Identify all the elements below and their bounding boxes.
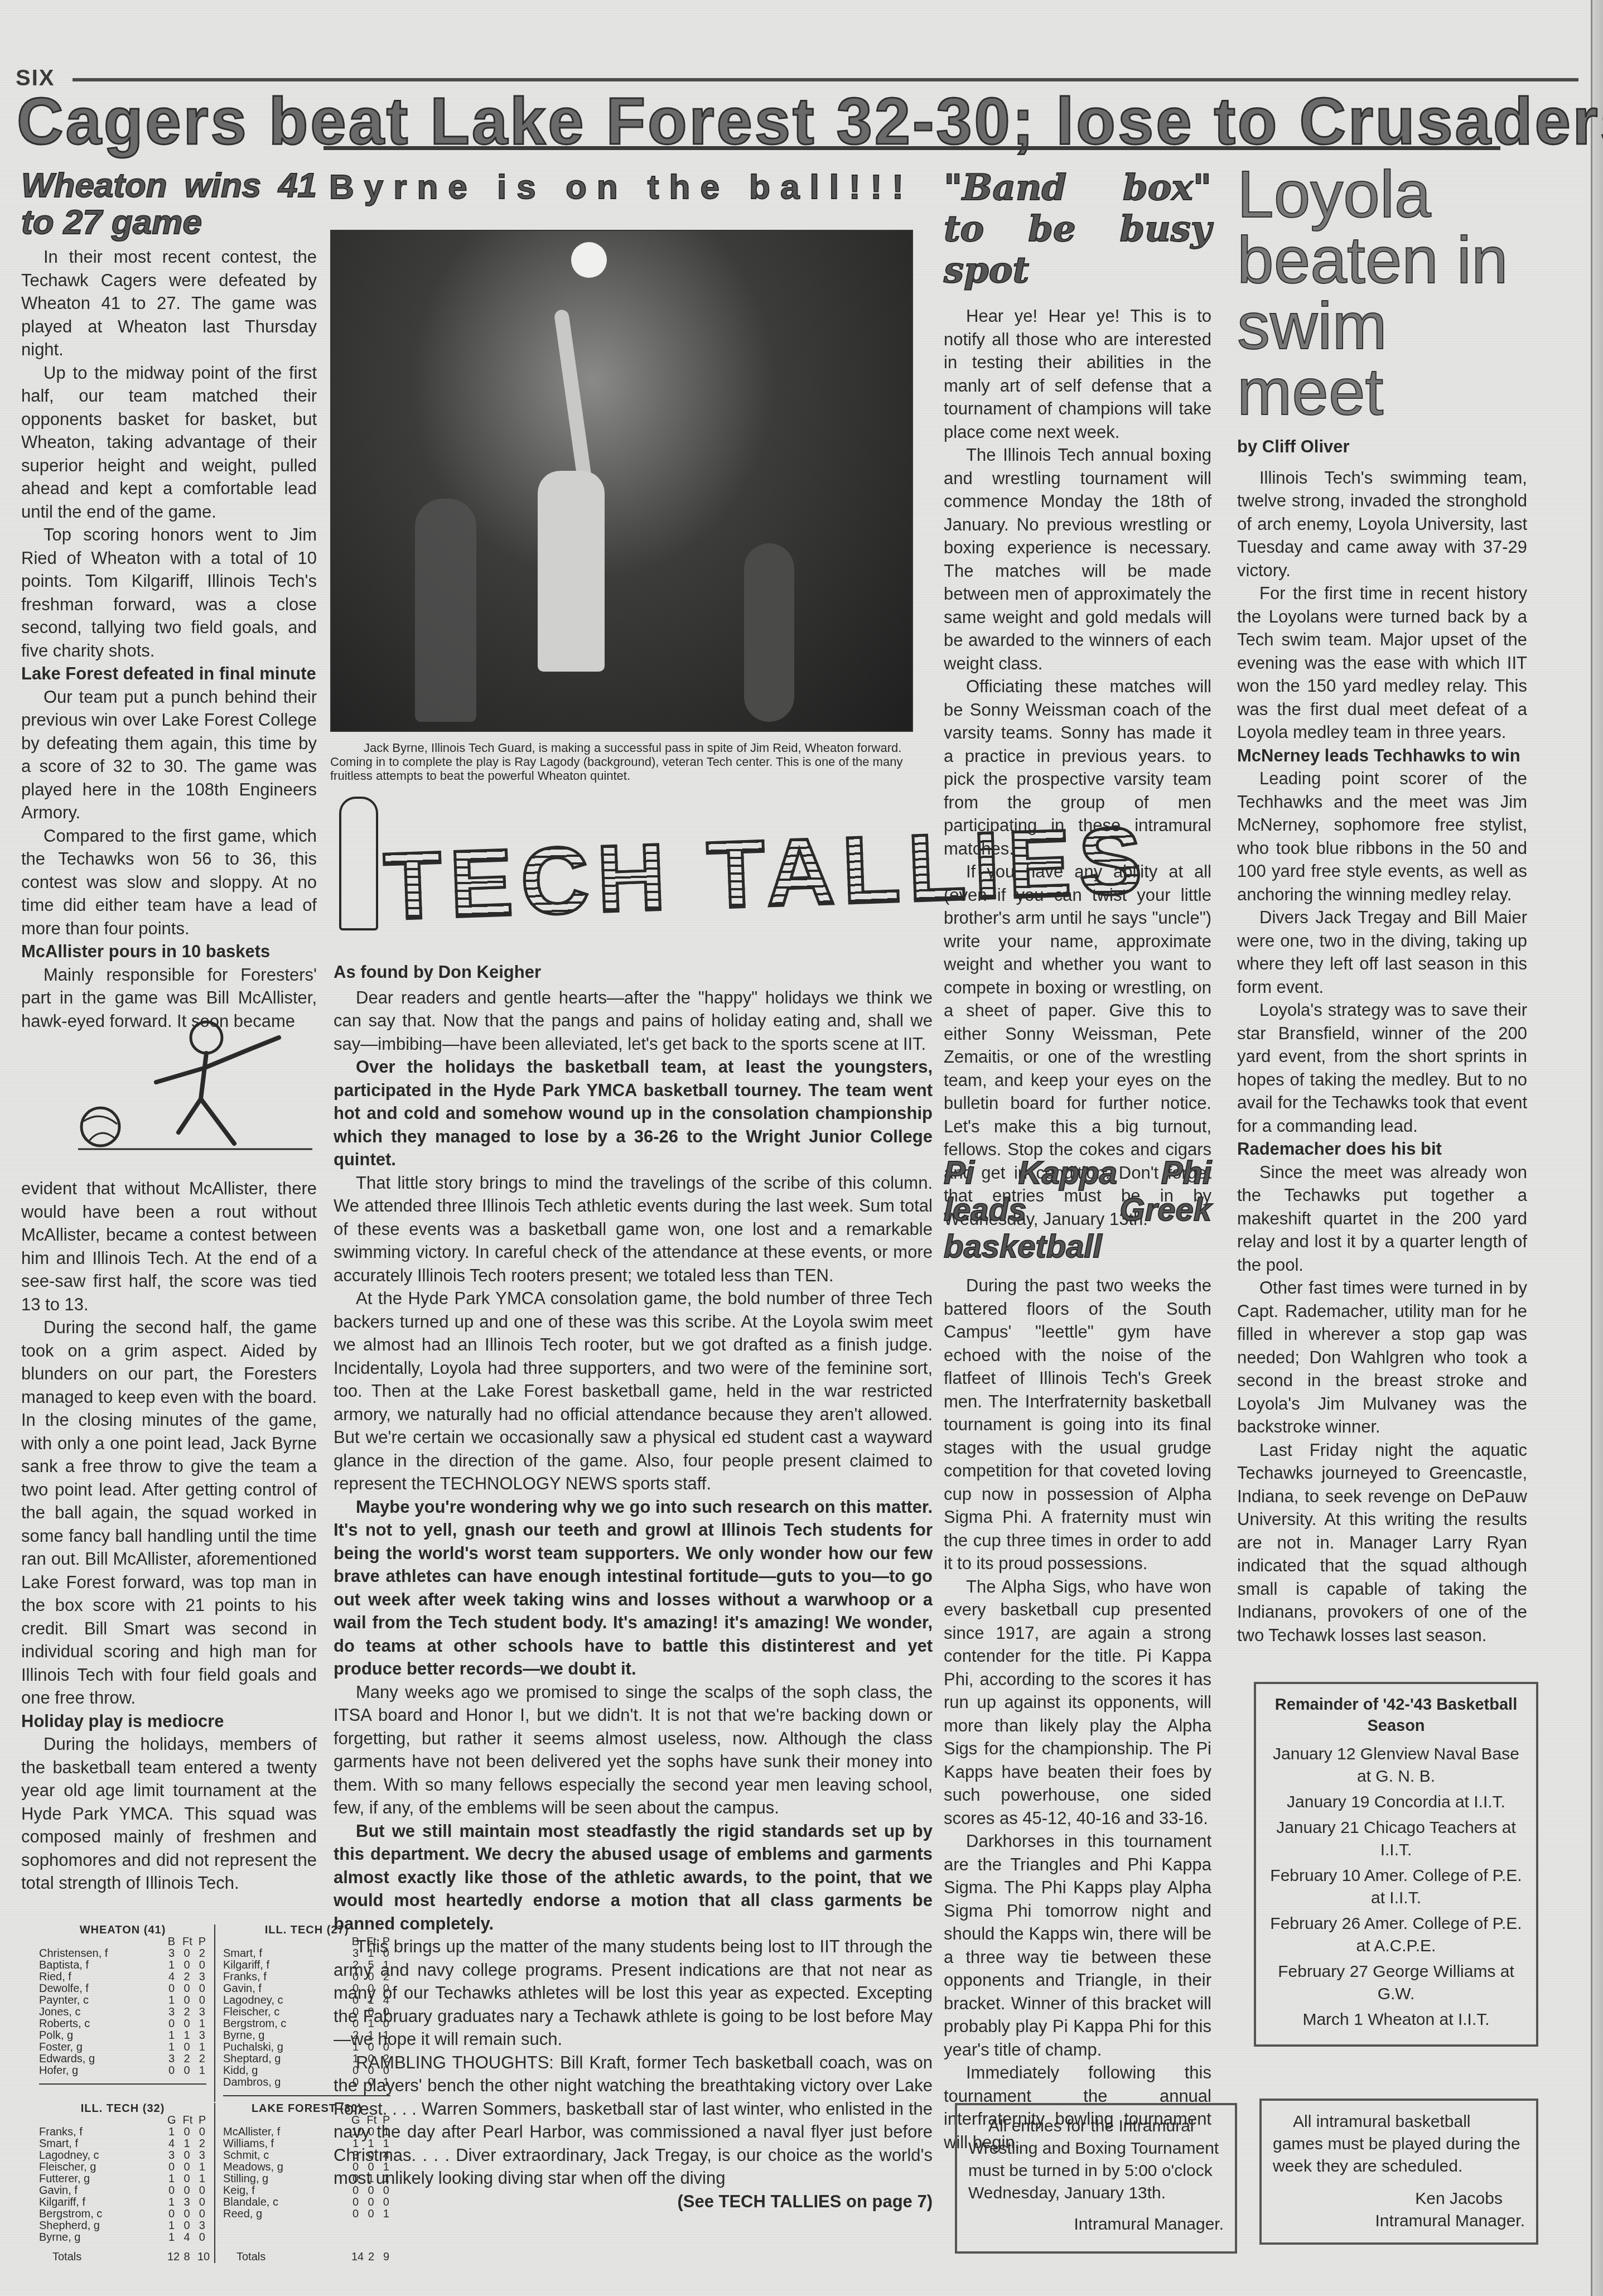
stat-value: 1 (167, 2173, 176, 2185)
player-row: Kilgariff, f130 (39, 2197, 206, 2208)
paragraph: Darkhorses in this tournament are the Tr… (944, 1830, 1211, 2061)
paragraph: Illinois Tech's swimming team, twelve st… (1237, 466, 1527, 582)
stat-value: 1 (167, 2030, 176, 2042)
paragraph: RAMBLING THOUGHTS: Bill Kraft, former Te… (334, 2051, 933, 2190)
notice-signature: Intramural Manager. (968, 2213, 1224, 2236)
player-name: Smart, f (39, 2138, 78, 2150)
player-row: Futterer, g101 (39, 2173, 206, 2185)
paragraph: The Alpha Sigs, who have won every baske… (944, 1575, 1211, 1830)
player-name: Fleischer, c (223, 2006, 279, 2018)
basketball-photo (330, 230, 913, 732)
cartoon-figure-icon (339, 797, 378, 930)
schedule-list: January 12 Glenview Naval Base at G. N. … (1267, 1743, 1525, 2031)
notice-signature-title: Intramural Manager. (1273, 2210, 1525, 2232)
basketball-player-cartoon (67, 1015, 324, 1160)
stat-value: 0 (182, 2018, 191, 2030)
team-title: ILL. TECH (32) (39, 2103, 206, 2115)
player-name: Williams, f (223, 2138, 274, 2150)
player-name: Futterer, g (39, 2173, 90, 2185)
player-name: Franks, f (223, 1971, 267, 1983)
notice-games-box: All intramural basketball games must be … (1259, 2099, 1538, 2245)
player-name: Polk, g (39, 2030, 73, 2042)
photo-caption: Jack Byrne, Illinois Tech Guard, is maki… (330, 741, 913, 783)
player-name: Blandale, c (223, 2197, 278, 2208)
paragraph: Up to the midway point of the first half… (21, 361, 317, 524)
stat-value: 0 (182, 2220, 191, 2232)
paragraph: Dear readers and gentle hearts—after the… (334, 986, 933, 1056)
stat-value: 4 (182, 2232, 191, 2244)
stat-value: 1 (182, 2030, 191, 2042)
stat-value: 0 (182, 2208, 191, 2220)
stat-value: 0 (167, 2162, 176, 2173)
stat-value: 1 (167, 2042, 176, 2053)
stat-value: 0 (167, 2018, 176, 2030)
paragraph: Over the holidays the basketball team, a… (334, 1055, 933, 1171)
player-name: Keig, f (223, 2185, 255, 2197)
pi-kappa-story: Pi Kappa Phi leads Greek basketball Duri… (944, 1155, 1211, 2154)
byline: As found by Don Keigher (334, 961, 933, 984)
paragraph: For the first time in recent history the… (1237, 582, 1527, 744)
player-row: Roberts, c001 (39, 2018, 206, 2030)
player-name: Dewolfe, f (39, 1983, 89, 1995)
stat-value: 4 (167, 2138, 176, 2150)
player-name: Gavin, f (39, 2185, 78, 2197)
stat-value: 3 (198, 2220, 206, 2232)
folio-rule (73, 78, 1578, 81)
stat-value: 0 (198, 2208, 206, 2220)
stat-value: 3 (167, 2150, 176, 2162)
player-row: Smart, f412 (39, 2138, 206, 2150)
player-name: Meadows, g (223, 2162, 283, 2173)
player-name: Byrne, g (223, 2030, 264, 2042)
paragraph: evident that without McAllister, there w… (21, 1177, 317, 1316)
player-row: Franks, f100 (39, 2126, 206, 2138)
box-score-team: ILL. TECH (32) GFtP Franks, f100Smart, f… (39, 2103, 206, 2263)
stat-value: 0 (182, 2185, 191, 2197)
totals-row: Totals1429 (223, 2251, 390, 2263)
stat-value: 0 (198, 1960, 206, 1971)
player-name: Baptista, f (39, 1960, 89, 1971)
schedule-item: January 12 Glenview Naval Base at G. N. … (1267, 1743, 1525, 1788)
stat-value: 3 (182, 2197, 191, 2208)
player-name: Reed, g (223, 2208, 262, 2220)
player-rows: Christensen, f302Baptista, f100Ried, f42… (39, 1948, 206, 2085)
player-name: Lagodney, c (223, 1995, 283, 2006)
player-name: Bergstrom, c (223, 2018, 286, 2030)
player-row: Lagodney, c303 (39, 2150, 206, 2162)
stat-value: 4 (167, 1971, 176, 1983)
stat-value: 0 (182, 1960, 191, 1971)
wheaton-story: Wheaton wins 41 to 27 game In their most… (21, 167, 317, 1033)
stat-value: 2 (182, 2006, 191, 2018)
band-box-headline: "Band box" to be busy spot (944, 167, 1211, 291)
player-row: Byrne, g140 (39, 2232, 206, 2244)
player-row: Jones, c323 (39, 2006, 206, 2018)
paragraph: Compared to the first game, which the Te… (21, 824, 317, 940)
player-name: Schmit, c (223, 2150, 269, 2162)
stat-value: 1 (198, 2065, 206, 2077)
player-name: Stilling, g (223, 2173, 268, 2185)
stat-value: 0 (167, 2208, 176, 2220)
stat-value: 2 (198, 2053, 206, 2065)
paragraph: Since the meet was already won the Techa… (1237, 1161, 1527, 1277)
tech-tallies-column: As found by Don Keigher Dear readers and… (334, 961, 933, 2213)
paragraph: Our team put a punch behind their previo… (21, 686, 317, 824)
wheaton-headline: Wheaton wins 41 to 27 game (21, 167, 317, 241)
player-name: Edwards, g (39, 2053, 95, 2065)
schedule-item: January 19 Concordia at I.I.T. (1267, 1791, 1525, 1813)
player-row: Fleischer, g001 (39, 2162, 206, 2173)
stat-value: 1 (167, 2220, 176, 2232)
schedule-title: Remainder of '42-'43 Basketball Season (1267, 1694, 1525, 1737)
player-name: Foster, g (39, 2042, 83, 2053)
paragraph: Loyola's strategy was to save their star… (1237, 999, 1527, 1137)
player-name: Roberts, c (39, 2018, 90, 2030)
player-row: Paynter, c100 (39, 1995, 206, 2006)
loyola-headline: Loyola beaten in swim meet (1237, 162, 1527, 425)
notice-entries-box: All entries for the Intramural Wrestling… (955, 2103, 1237, 2254)
stat-value: 2 (182, 1971, 191, 1983)
player-name: Lagodney, c (39, 2150, 99, 2162)
player-name: Christensen, f (39, 1948, 108, 1960)
notice-signature-name: Ken Jacobs (1273, 2188, 1525, 2210)
player-name: Kidd, g (223, 2065, 258, 2077)
stat-value: 3 (198, 2030, 206, 2042)
continued-link[interactable]: (See TECH TALLIES on page 7) (334, 2190, 933, 2213)
player-name: Paynter, c (39, 1995, 89, 2006)
paragraph: During the holidays, members of the bask… (21, 1733, 317, 1895)
player-name: Dambros, g (223, 2077, 281, 2088)
paragraph: This brings up the matter of the many st… (334, 1935, 933, 2051)
byline: by Cliff Oliver (1237, 435, 1527, 459)
player-name: Kilgariff, f (223, 1960, 269, 1971)
paragraph: But we still maintain most steadfastly t… (334, 1820, 933, 1936)
stat-value: 1 (167, 1995, 176, 2006)
player-row: Polk, g113 (39, 2030, 206, 2042)
subhead: McAllister pours in 10 baskets (21, 940, 317, 963)
stat-value: 2 (182, 2053, 191, 2065)
stat-value: 3 (198, 1971, 206, 1983)
paragraph: At the Hyde Park YMCA consolation game, … (334, 1287, 933, 1496)
stat-value: 1 (167, 2232, 176, 2244)
schedule-item: March 1 Wheaton at I.I.T. (1267, 2009, 1525, 2031)
stat-value: 0 (198, 1983, 206, 1995)
stat-value: 2 (198, 2138, 206, 2150)
banner-rule (324, 146, 1500, 150)
paragraph: Many weeks ago we promised to singe the … (334, 1681, 933, 1820)
totals-row: Totals12810 (39, 2251, 206, 2263)
paragraph: Leading point scorer of the Techhawks an… (1237, 767, 1527, 906)
subhead: Holiday play is mediocre (21, 1710, 317, 1733)
stat-value: 0 (198, 2232, 206, 2244)
player-name: Smart, f (223, 1948, 262, 1960)
player-row: Hofer, g001 (39, 2065, 206, 2077)
player-name: Sheptard, g (223, 2053, 281, 2065)
player-rows: Franks, f100Smart, f412Lagodney, c303Fle… (39, 2126, 206, 2244)
paragraph: Hear ye! Hear ye! This is to notify all … (944, 305, 1211, 443)
stat-value: 0 (182, 2126, 191, 2138)
player-row: Foster, g101 (39, 2042, 206, 2053)
player-name: Kilgariff, f (39, 2197, 85, 2208)
paragraph: Last Friday night the aquatic Techawks j… (1237, 1439, 1527, 1647)
stat-value: 1 (198, 2162, 206, 2173)
stat-value: 0 (182, 1995, 191, 2006)
stat-value: 3 (167, 2053, 176, 2065)
stat-value: 3 (198, 2006, 206, 2018)
player-row: Gavin, f000 (39, 2185, 206, 2197)
tech-tallies-paragraphs: Dear readers and gentle hearts—after the… (334, 986, 933, 2190)
schedule-box: Remainder of '42-'43 Basketball Season J… (1254, 1682, 1538, 2047)
stat-value: 3 (167, 2006, 176, 2018)
subhead: McNerney leads Techhawks to win (1237, 744, 1527, 768)
player-name: Ried, f (39, 1971, 71, 1983)
loyola-story: Loyola beaten in swim meet by Cliff Oliv… (1237, 162, 1527, 1647)
player-row: Edwards, g322 (39, 2053, 206, 2065)
stat-value: 0 (167, 2065, 176, 2077)
subhead: Rademacher does his bit (1237, 1137, 1527, 1161)
player-row: Dewolfe, f000 (39, 1983, 206, 1995)
box-score-team: WHEATON (41) BFtP Christensen, f302Bapti… (39, 1924, 206, 2102)
schedule-item: February 26 Amer. College of P.E. at A.C… (1267, 1913, 1525, 1957)
stat-value: 0 (182, 2065, 191, 2077)
player-name: Fleischer, g (39, 2162, 96, 2173)
newspaper-page: SIX Cagers beat Lake Forest 32-30; lose … (0, 0, 1603, 2296)
stat-value: 0 (182, 2042, 191, 2053)
stat-value: 1 (167, 2126, 176, 2138)
player-row: Christensen, f302 (39, 1948, 206, 1960)
player-row: Shepherd, g103 (39, 2220, 206, 2232)
basketball-icon (571, 242, 607, 278)
player-row: Ried, f423 (39, 1971, 206, 1983)
stat-value: 1 (198, 2042, 206, 2053)
paragraph: Divers Jack Tregay and Bill Maier were o… (1237, 906, 1527, 999)
paragraph: In their most recent contest, the Techaw… (21, 245, 317, 361)
schedule-item: February 10 Amer. College of P.E. at I.I… (1267, 1865, 1525, 1909)
stat-value: 0 (167, 1983, 176, 1995)
stat-value: 0 (182, 2150, 191, 2162)
team-title: WHEATON (41) (39, 1924, 206, 1936)
paragraph: The Illinois Tech annual boxing and wres… (944, 443, 1211, 675)
notice-text: All intramural basketball games must be … (1273, 2111, 1525, 2178)
paragraph: That little story brings to mind the tra… (334, 1171, 933, 1287)
pi-kappa-headline: Pi Kappa Phi leads Greek basketball (944, 1155, 1211, 1265)
player-row: Bergstrom, c000 (39, 2208, 206, 2220)
stat-value: 1 (167, 1960, 176, 1971)
paragraph: Officiating these matches will be Sonny … (944, 675, 1211, 860)
schedule-item: January 21 Chicago Teachers at I.I.T. (1267, 1817, 1525, 1861)
stat-value: 2 (198, 1948, 206, 1960)
schedule-item: February 27 George Williams at G.W. (1267, 1961, 1525, 2005)
photo-headline: Byrne is on the ball!!! (329, 167, 914, 207)
stat-value: 0 (198, 2197, 206, 2208)
stat-value: 1 (198, 2173, 206, 2185)
player-name: Puchalski, g (223, 2042, 283, 2053)
player-name: Byrne, g (39, 2232, 80, 2244)
stat-value: 3 (198, 2150, 206, 2162)
player-name: Bergstrom, c (39, 2208, 102, 2220)
stat-value: 1 (182, 2138, 191, 2150)
page-edge (1591, 0, 1603, 2296)
player-name: Hofer, g (39, 2065, 78, 2077)
player-name: Franks, f (39, 2126, 83, 2138)
stat-value: 1 (167, 2197, 176, 2208)
tech-tallies-logo: TECH TALLIES (334, 785, 936, 953)
paragraph: Maybe you're wondering why we go into su… (334, 1496, 933, 1681)
stat-value: 1 (198, 2018, 206, 2030)
stat-value: 0 (182, 1983, 191, 1995)
stat-value: 0 (167, 2185, 176, 2197)
paragraph: During the past two weeks the battered f… (944, 1274, 1211, 1575)
player-name: Shepherd, g (39, 2220, 100, 2232)
stat-value: 0 (182, 2162, 191, 2173)
stat-value: 0 (198, 2185, 206, 2197)
paragraph: Other fast times were turned in by Capt.… (1237, 1276, 1527, 1439)
player-row: Baptista, f100 (39, 1960, 206, 1971)
subhead: Lake Forest defeated in final minute (21, 662, 317, 686)
player-name: McAllister, f (223, 2126, 280, 2138)
paragraph: During the second half, the game took on… (21, 1316, 317, 1710)
notice-text: All entries for the Intramural Wrestling… (968, 2115, 1224, 2205)
stat-value: 0 (182, 2173, 191, 2185)
stat-value: 3 (167, 1948, 176, 1960)
player-name: Jones, c (39, 2006, 80, 2018)
paragraph: Top scoring honors went to Jim Ried of W… (21, 523, 317, 662)
player-name: Gavin, f (223, 1983, 262, 1995)
band-box-story: "Band box" to be busy spot Hear ye! Hear… (944, 167, 1211, 1231)
stat-value: 0 (198, 2126, 206, 2138)
stat-value: 0 (198, 1995, 206, 2006)
wheaton-story-continued: evident that without McAllister, there w… (21, 1177, 317, 1895)
stat-value: 0 (182, 1948, 191, 1960)
